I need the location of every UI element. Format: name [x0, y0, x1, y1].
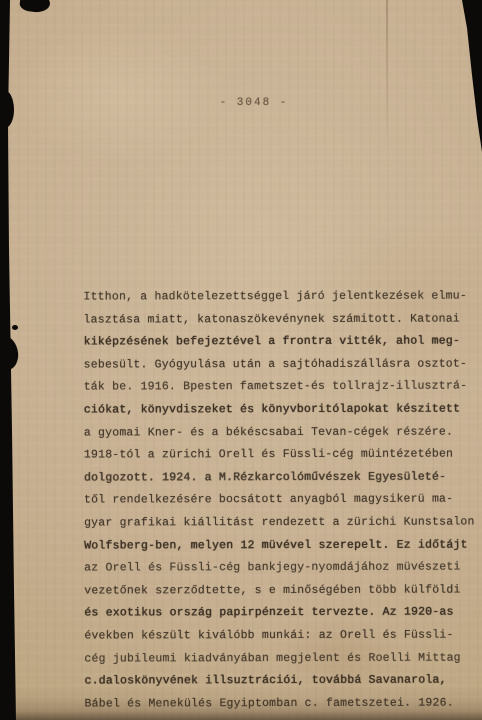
text-line: kiképzésének befejeztével a frontra vitt…: [84, 331, 476, 355]
text-line: gyar grafikai kiállitást rendezett a zür…: [84, 511, 476, 535]
text-line: ciókat, könyvdiszeket és könyvboritólapo…: [84, 398, 476, 422]
text-line: a gyomai Kner- és a békéscsabai Tevan-cé…: [84, 421, 476, 445]
text-line: Itthon, a hadkötelezettséggel járó jelen…: [83, 285, 475, 309]
text-line: Wolfsberg-ben, melyen 12 müvével szerepe…: [84, 534, 476, 558]
paper-crease: [386, 0, 388, 150]
page-number: - 3048 -: [84, 97, 424, 109]
text-line: években készült kiválóbb munkái: az Orel…: [84, 624, 476, 648]
text-line: vezetőnek szerződtette, s e minőségében …: [84, 579, 476, 603]
text-line: az Orell és Füssli-cég bankjegy-nyomdájá…: [84, 557, 476, 581]
text-line: cég jubileumi kiadványában megjelent és …: [84, 647, 476, 671]
scan-artifact-dot: [12, 325, 18, 330]
text-line: sebesült. Gyógyulása után a sajtóhadiszá…: [84, 353, 476, 377]
text-line: dolgozott. 1924. a M.Rézkarcolóművészek …: [84, 466, 476, 490]
text-line: c.daloskönyvének illsuztrációi, továbbá …: [84, 670, 476, 694]
text-line: Bábel és Menekülés Egyiptomban c. famets…: [85, 692, 477, 716]
text-line: 1918-tól a zürichi Orell és Füssli-cég m…: [84, 444, 476, 468]
text-line: ták be. 1916. Bpesten fametszet-és tollr…: [84, 376, 476, 400]
scan-artifact-left-lower: [0, 612, 8, 628]
scanned-page: - 3048 - Itthon, a hadkötelezettséggel j…: [0, 0, 482, 720]
text-block: Itthon, a hadkötelezettséggel járó jelen…: [83, 285, 476, 715]
text-line: lasztása miatt, katonaszökevénynek számi…: [83, 308, 475, 332]
text-line: és exotikus ország papirpénzeit tervezte…: [84, 602, 476, 626]
paper-sheet: - 3048 - Itthon, a hadkötelezettséggel j…: [0, 0, 482, 720]
text-line: től rendelkezésére bocsátott anyagból ma…: [84, 489, 476, 513]
